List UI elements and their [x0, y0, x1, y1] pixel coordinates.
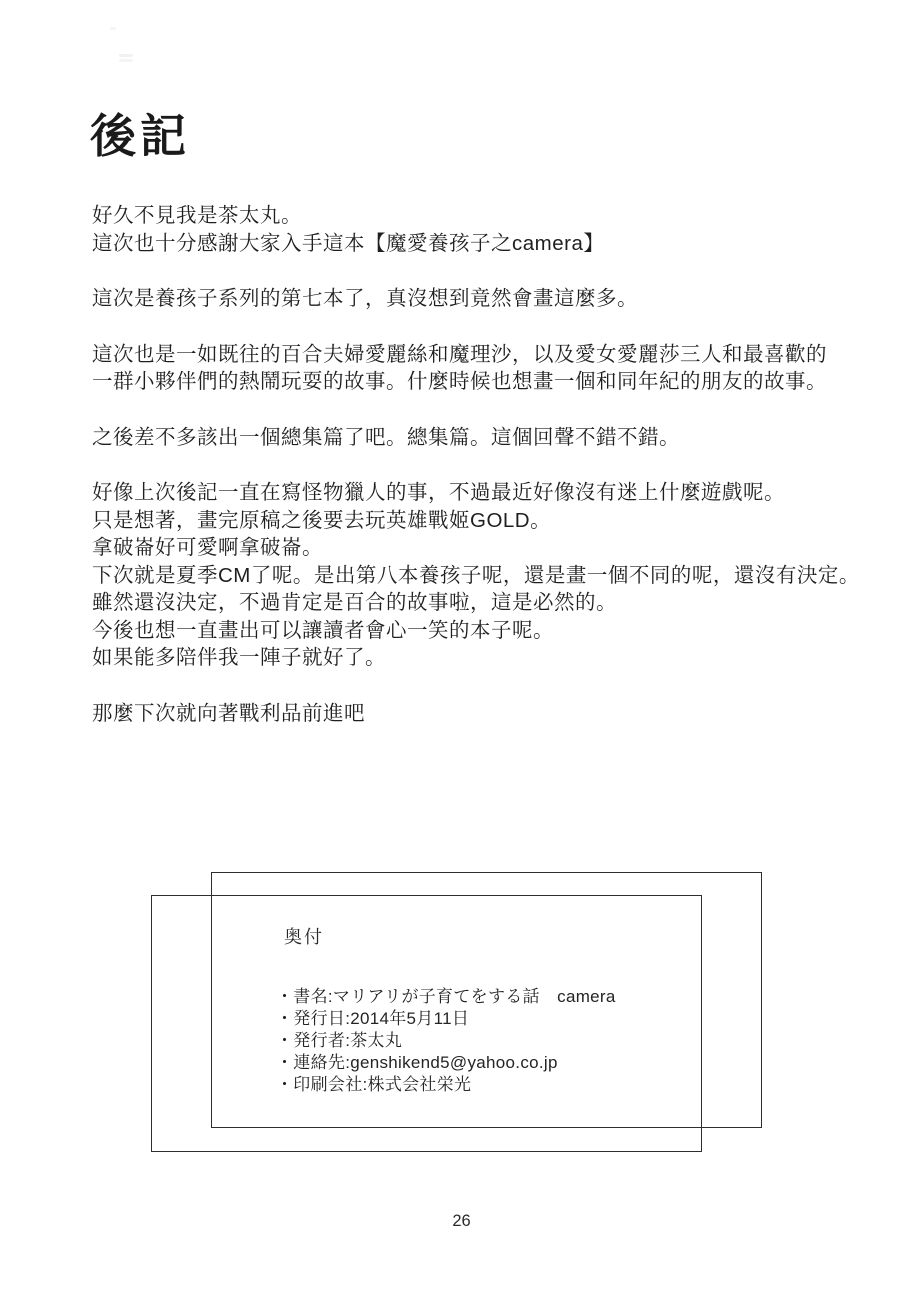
paragraph: 好久不見我是茶太丸。 這次也十分感謝大家入手這本【魔愛養孩子之camera】 [92, 202, 902, 257]
paragraph: 這次是養孩子系列的第七本了，真沒想到竟然會畫這麼多。 [92, 285, 902, 313]
text-line: 一群小夥伴們的熱鬧玩耍的故事。什麼時候也想畫一個和同年紀的朋友的故事。 [92, 370, 827, 393]
text-line: 如果能多陪伴我一陣子就好了。 [92, 646, 386, 669]
text-line: 這次也是一如既往的百合夫婦愛麗絲和魔理沙，以及愛女愛麗莎三人和最喜歡的 [92, 343, 827, 366]
colophon-heading: 奥付 [284, 923, 324, 949]
text-line: 雖然還沒決定，不過肯定是百合的故事啦，這是必然的。 [92, 591, 617, 614]
colophon-item-publisher: ・発行者:茶太丸 [276, 1030, 616, 1052]
text-line: 這次也十分感謝大家入手這本【魔愛養孩子之camera】 [92, 232, 604, 255]
scan-artifact [110, 27, 116, 30]
colophon-item-contact: ・連絡先:genshikend5@yahoo.co.jp [276, 1052, 616, 1074]
afterword-body: 好久不見我是茶太丸。 這次也十分感謝大家入手這本【魔愛養孩子之camera】 這… [92, 202, 902, 755]
text-line: 拿破崙好可愛啊拿破崙。 [92, 536, 323, 559]
text-line: 那麼下次就向著戰利品前進吧 [92, 702, 365, 725]
text-line: 只是想著，畫完原稿之後要去玩英雄戰姬GOLD。 [92, 509, 551, 532]
colophon-list: ・書名:マリアリが子育てをする話 camera ・発行日:2014年5月11日 … [276, 986, 616, 1096]
colophon-item-printer: ・印刷会社:株式会社栄光 [276, 1074, 616, 1096]
text-line: 今後也想一直畫出可以讓讀者會心一笑的本子呢。 [92, 619, 554, 642]
paragraph: 這次也是一如既往的百合夫婦愛麗絲和魔理沙，以及愛女愛麗莎三人和最喜歡的 一群小夥… [92, 341, 902, 396]
paragraph: 好像上次後記一直在寫怪物獵人的事，不過最近好像沒有迷上什麼遊戲呢。 只是想著，畫… [92, 479, 902, 672]
closing-line: 那麼下次就向著戰利品前進吧 [92, 700, 902, 728]
text-line: 好像上次後記一直在寫怪物獵人的事，不過最近好像沒有迷上什麼遊戲呢。 [92, 481, 785, 504]
text-line: 下次就是夏季CM了呢。是出第八本養孩子呢，還是畫一個不同的呢，還沒有決定。 [92, 564, 860, 587]
colophon-box: 奥付 ・書名:マリアリが子育てをする話 camera ・発行日:2014年5月1… [211, 872, 762, 1128]
page-number: 26 [0, 1212, 923, 1231]
text-line: 之後差不多該出一個總集篇了吧。總集篇。這個回聲不錯不錯。 [92, 426, 680, 449]
colophon-item-publish-date: ・発行日:2014年5月11日 [276, 1008, 616, 1030]
page-title: 後記 [90, 100, 190, 166]
scan-artifact [119, 54, 133, 57]
text-line: 好久不見我是茶太丸。 [92, 204, 302, 227]
colophon-item-title: ・書名:マリアリが子育てをする話 camera [276, 986, 616, 1008]
scanned-afterword-page: 後記 好久不見我是茶太丸。 這次也十分感謝大家入手這本【魔愛養孩子之camera… [0, 0, 923, 1302]
text-line: 這次是養孩子系列的第七本了，真沒想到竟然會畫這麼多。 [92, 287, 638, 310]
paragraph: 之後差不多該出一個總集篇了吧。總集篇。這個回聲不錯不錯。 [92, 424, 902, 452]
